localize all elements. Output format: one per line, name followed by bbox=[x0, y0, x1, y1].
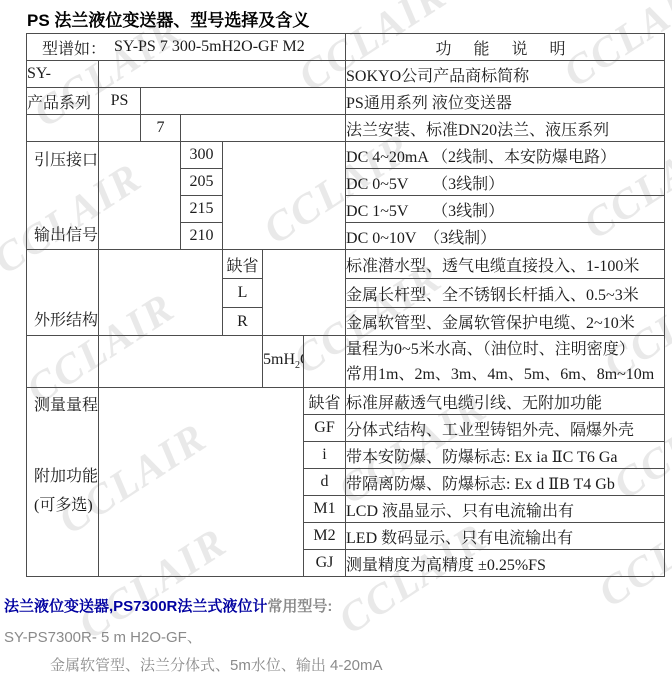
desc-GJ: 测量精度为高精度 ±0.25%FS bbox=[346, 550, 665, 577]
desc-i: 带本安防爆、防爆标志: Ex ia ⅡC T6 Ga bbox=[346, 442, 665, 469]
empty-cell bbox=[181, 115, 346, 142]
page-title: PS 法兰液位变送器、型号选择及含义 bbox=[27, 6, 309, 31]
desc-M2: LED 数码显示、只有电流输出有 bbox=[346, 523, 665, 550]
footer-highlight-text: 法兰液位变送器,PS7300R法兰式液位计 bbox=[4, 598, 267, 615]
output-labels: 引压接口 输出信号 bbox=[27, 144, 98, 248]
model-value: SY-PS 7 300-5mH2O-GF M2 bbox=[114, 38, 305, 56]
label-multi-select: (可多选) bbox=[34, 492, 98, 515]
code-7: 7 bbox=[141, 115, 181, 142]
code-GJ: GJ bbox=[304, 550, 346, 577]
table-row: 产品系列 PS PS通用系列 液位变送器 bbox=[27, 88, 665, 115]
footer-suffix-text: 常用型号: bbox=[267, 598, 332, 615]
code-d: d bbox=[304, 469, 346, 496]
label-sy: SY- bbox=[27, 61, 99, 88]
table-row: 型谱如： SY-PS 7 300-5mH2O-GF M2 功 能 说 明 bbox=[27, 34, 665, 61]
table-row: 5mH2O 量程为0~5米水高、（油位时、注明密度） 常用1m、2m、3m、4m… bbox=[27, 336, 665, 388]
desc-extra-default: 标准屏蔽透气电缆引线、无附加功能 bbox=[346, 388, 665, 415]
desc-205: DC 0~5V （3线制） bbox=[346, 169, 665, 196]
extra-labels: 测量量程 附加功能 (可多选) bbox=[27, 390, 98, 575]
empty-cell bbox=[99, 388, 304, 577]
empty-cell bbox=[141, 88, 346, 115]
label-measure-range: 测量量程 bbox=[34, 392, 98, 415]
label-shape: 外形结构 bbox=[34, 307, 98, 330]
label-pressure-port: 引压接口 bbox=[34, 147, 98, 170]
code-L: L bbox=[223, 279, 263, 308]
code-M2: M2 bbox=[304, 523, 346, 550]
footer-headline: 法兰液位变送器,PS7300R法兰式液位计常用型号: bbox=[4, 595, 332, 616]
desc-M1: LCD 液晶显示、只有电流输出有 bbox=[346, 496, 665, 523]
range-code-tail: O bbox=[300, 351, 304, 368]
desc-series: PS通用系列 液位变送器 bbox=[346, 88, 665, 115]
code-205: 205 bbox=[181, 169, 223, 196]
desc-L: 金属长杆型、全不锈钢长杆插入、0.5~3米 bbox=[346, 279, 665, 308]
empty-cell bbox=[99, 142, 181, 250]
desc-R: 金属软管型、金属软管保护电缆、2~10米 bbox=[346, 308, 665, 336]
code-i: i bbox=[304, 442, 346, 469]
empty-cell bbox=[99, 115, 141, 142]
empty-cell bbox=[27, 115, 99, 142]
code-215: 215 bbox=[181, 196, 223, 223]
empty-cell bbox=[223, 142, 346, 250]
desc-range-line1: 量程为0~5米水高、（油位时、注明密度） bbox=[346, 337, 664, 362]
empty-cell bbox=[99, 336, 263, 388]
footer-model-line: SY-PS7300R- 5 m H2O-GF、 bbox=[4, 626, 202, 647]
desc-sy: SOKYO公司产品商标简称 bbox=[346, 61, 665, 88]
table-row: SY- SOKYO公司产品商标简称 bbox=[27, 61, 665, 88]
model-header-cell: 型谱如： SY-PS 7 300-5mH2O-GF M2 bbox=[27, 34, 346, 61]
function-header-cell: 功 能 说 明 bbox=[346, 34, 665, 61]
table-row: 7 法兰安装、标准DN20法兰、液压系列 bbox=[27, 115, 665, 142]
label-extra-cell: 测量量程 附加功能 (可多选) bbox=[27, 388, 99, 577]
empty-cell bbox=[304, 336, 346, 388]
desc-GF: 分体式结构、工业型铸铝外壳、隔爆外壳 bbox=[346, 415, 665, 442]
desc-d: 带隔离防爆、防爆标志: Ex d ⅡB T4 Gb bbox=[346, 469, 665, 496]
code-ps: PS bbox=[99, 88, 141, 115]
label-output-cell: 引压接口 输出信号 bbox=[27, 142, 99, 250]
model-header: 型谱如： SY-PS 7 300-5mH2O-GF M2 bbox=[27, 36, 345, 59]
code-default-shape: 缺省 bbox=[223, 250, 263, 279]
code-M1: M1 bbox=[304, 496, 346, 523]
label-shape-cell: 外形结构 bbox=[27, 250, 99, 336]
desc-range-cell: 量程为0~5米水高、（油位时、注明密度） 常用1m、2m、3m、4m、5m、6m… bbox=[346, 336, 665, 388]
code-5mh2o: 5mH2O bbox=[263, 336, 304, 388]
code-GF: GF bbox=[304, 415, 346, 442]
desc-300: DC 4~20mA （2线制、本安防爆电路） bbox=[346, 142, 665, 169]
shape-label-wrap: 外形结构 bbox=[27, 252, 98, 334]
code-300: 300 bbox=[181, 142, 223, 169]
desc-shape-default: 标准潜水型、透气电缆直接投入、1-100米 bbox=[346, 250, 665, 279]
page: { "page": { "title": "PS 法兰液位变送器、型号选择及含义… bbox=[0, 0, 672, 680]
code-R: R bbox=[223, 308, 263, 336]
desc-install: 法兰安装、标准DN20法兰、液压系列 bbox=[346, 115, 665, 142]
empty-cell bbox=[99, 250, 223, 336]
table-row: 引压接口 输出信号 300 DC 4~20mA （2线制、本安防爆电路） bbox=[27, 142, 665, 169]
empty-cell bbox=[27, 336, 99, 388]
footer-detail-line: 金属软管型、法兰分体式、5m水位、输出 4-20mA bbox=[50, 654, 383, 675]
desc-range-line2: 常用1m、2m、3m、4m、5m、6m、8m~10m bbox=[346, 362, 664, 387]
empty-cell bbox=[99, 61, 346, 88]
table-row: 测量量程 附加功能 (可多选) 缺省 标准屏蔽透气电缆引线、无附加功能 bbox=[27, 388, 665, 415]
empty-cell bbox=[263, 250, 346, 336]
label-series: 产品系列 bbox=[27, 88, 99, 115]
desc-215: DC 1~5V （3线制） bbox=[346, 196, 665, 223]
label-extra-func: 附加功能 bbox=[34, 463, 98, 486]
code-default-extra: 缺省 bbox=[304, 388, 346, 415]
desc-210: DC 0~10V （3线制） bbox=[346, 223, 665, 250]
table-row: 外形结构 缺省 标准潜水型、透气电缆直接投入、1-100米 bbox=[27, 250, 665, 279]
spec-table: 型谱如： SY-PS 7 300-5mH2O-GF M2 功 能 说 明 SY-… bbox=[26, 33, 665, 577]
model-label: 型谱如： bbox=[42, 36, 106, 59]
label-output-signal: 输出信号 bbox=[34, 222, 98, 245]
code-210: 210 bbox=[181, 223, 223, 250]
range-code-main: 5mH bbox=[263, 351, 295, 368]
